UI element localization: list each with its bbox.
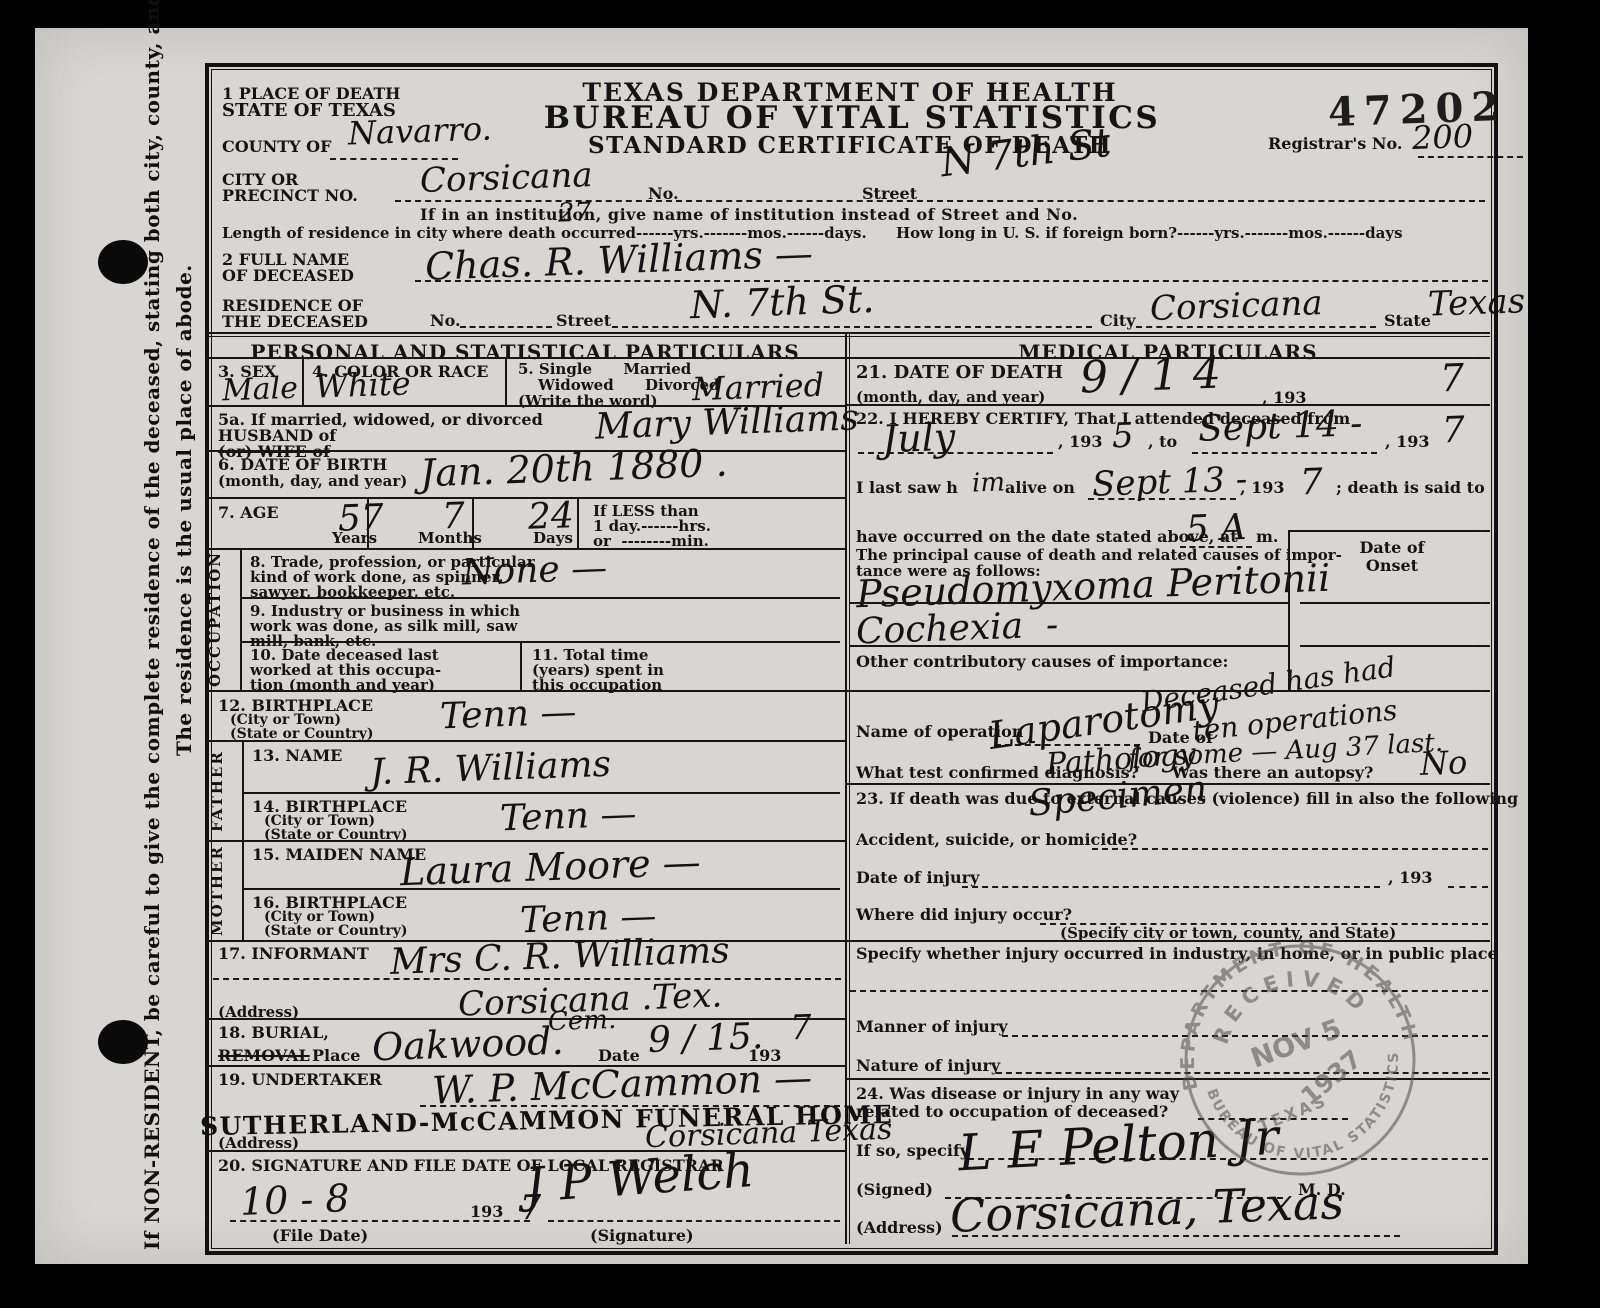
injury-date-label: Date of injury: [856, 868, 979, 887]
q24-label-1: 24. Was disease or injury in any way: [856, 1084, 1179, 1103]
divider: [850, 602, 1288, 604]
divider: [242, 888, 840, 890]
divider: [850, 645, 1288, 647]
divider: [415, 280, 1488, 282]
divider: [205, 497, 845, 499]
sex-value: Male: [221, 371, 298, 409]
autopsy-value: No: [1419, 743, 1468, 783]
divider: [858, 452, 1053, 454]
street-label: Street: [862, 184, 917, 203]
divider: [1300, 602, 1490, 604]
onset-label-1: Date of: [1360, 538, 1425, 557]
divider: [302, 357, 304, 405]
q19-label: 19. UNDERTAKER: [218, 1070, 382, 1089]
no-label: No.: [648, 184, 679, 203]
divider: [845, 404, 1490, 406]
county-label: COUNTY OF: [222, 137, 331, 156]
injury-date-year-printed: , 193: [1388, 868, 1433, 887]
to-year-printed: , 193: [1385, 432, 1430, 451]
divider: [205, 357, 845, 359]
residence-length-value: 27: [557, 197, 591, 228]
contributory-label: Other contributory causes of importance:: [856, 652, 1228, 671]
divider: [520, 641, 522, 690]
divider: [1288, 530, 1490, 532]
last-saw-value: Sept 13 -: [1091, 459, 1248, 504]
attended-from-value: July: [881, 415, 956, 462]
res-city-label: City: [1100, 311, 1136, 330]
dob-sublabel: (month, day, and year): [218, 472, 407, 490]
q21-year-value: 7: [1439, 356, 1465, 401]
physician-address-label: (Address): [856, 1218, 943, 1237]
divider: [205, 840, 845, 842]
q8-value: None —: [461, 547, 607, 593]
last-saw-label-1: I last saw h: [856, 478, 958, 497]
signature-caption: (Signature): [590, 1226, 694, 1245]
file-date-caption: (File Date): [272, 1226, 368, 1245]
divider: [205, 332, 1490, 334]
svg-text:DEPARTMENT OF HEALTH: DEPARTMENT OF HEALTH: [1160, 920, 1422, 1093]
attended-to-value: Sept 14 -: [1197, 403, 1363, 450]
from-year-printed: , 193: [1058, 432, 1103, 451]
margin-note-line2: The residence is the usual place of abod…: [172, 110, 200, 910]
q13-value: J. R. Williams: [369, 744, 611, 793]
days-label: Days: [533, 529, 573, 547]
res-city-value: Corsicana: [1149, 283, 1323, 329]
hour-value: 5 A: [1185, 507, 1247, 550]
divider: [242, 792, 840, 794]
divider: [242, 597, 840, 599]
institution-note: If in an institution, give name of insti…: [420, 205, 1078, 224]
residence-label2: THE DECEASED: [222, 312, 368, 331]
county-value: Navarro.: [347, 110, 492, 153]
occurred-label: have occurred on the date stated above, …: [856, 527, 1238, 546]
res-state-value: Texas: [1427, 281, 1525, 324]
q18-place-label: Place: [312, 1046, 360, 1065]
registrar-no-label: Registrar's No.: [1268, 134, 1402, 153]
res-street-value: N. 7th St.: [689, 277, 875, 327]
occurred-m-label: m.: [1256, 527, 1279, 546]
divider: [577, 497, 579, 548]
where-injury-label: Where did injury occur?: [856, 905, 1072, 924]
q18-year-value: 7: [789, 1008, 812, 1049]
divider: [242, 641, 840, 643]
divider: [962, 886, 1380, 888]
stamp-arc-top: DEPARTMENT OF HEALTH: [1160, 920, 1422, 1093]
divider: [205, 690, 845, 692]
received-stamp: DEPARTMENT OF HEALTH RECEIVED BUREAU OF …: [1160, 920, 1440, 1200]
divider: [505, 357, 507, 405]
full-name-label2: OF DECEASED: [222, 266, 354, 285]
divider: [548, 1220, 840, 1222]
death-certificate-scan: If NON-RESIDENT, be careful to give the …: [0, 0, 1600, 1308]
stamp-texas: TEXAS: [1256, 1091, 1331, 1136]
res-street-label: Street: [556, 311, 611, 330]
him-value: im: [971, 467, 1005, 498]
file-date-value: 10 - 8: [239, 1176, 350, 1224]
mother-side-label: MOTHER: [208, 846, 238, 936]
city-value: Corsicana: [419, 155, 593, 201]
registrar-no-value: 200: [1411, 117, 1473, 157]
to-printed: , to: [1148, 432, 1177, 451]
nature-injury-label: Nature of injury: [856, 1056, 1000, 1075]
q12-value: Tenn —: [439, 692, 577, 738]
q13-label: 13. NAME: [252, 746, 342, 765]
divider: [1192, 452, 1377, 454]
years-label: Years: [332, 529, 377, 547]
manner-injury-label: Manner of injury: [856, 1017, 1008, 1036]
divider: [1448, 886, 1488, 888]
race-value: White: [314, 364, 411, 405]
divider: [460, 326, 552, 328]
q20-year-printed: 193: [470, 1202, 503, 1221]
divider: [205, 740, 845, 742]
onset-label-2: Onset: [1366, 556, 1418, 575]
from-year-value: 5: [1111, 416, 1134, 457]
divider: [472, 497, 474, 548]
q14-value: Tenn —: [499, 794, 637, 840]
occupation-side-label: OCCUPATION: [206, 553, 236, 687]
q18-label: 18. BURIAL,: [218, 1023, 329, 1042]
age-label: 7. AGE: [218, 503, 279, 522]
q17-label: 17. INFORMANT: [218, 944, 369, 963]
res-no-label: No.: [430, 311, 461, 330]
q18-cem-value: Cem.: [547, 1005, 616, 1037]
precinct-no-label: PRECINCT NO.: [222, 186, 358, 205]
last-saw-label-2: alive on: [1005, 478, 1075, 497]
q18-date-value: 9 / 15.: [647, 1016, 764, 1061]
last-saw-year-printed: , 193: [1240, 478, 1285, 497]
divider: [205, 336, 1490, 337]
divider: [230, 1220, 530, 1222]
margin-note-line1: If NON-RESIDENT, be careful to give the …: [140, 72, 170, 1250]
res-state-label: State: [1384, 311, 1431, 330]
divider: [367, 497, 369, 548]
last-saw-label-3: ; death is said to: [1336, 478, 1485, 497]
to-year-value: 7: [1441, 410, 1465, 452]
divider: [612, 326, 1092, 328]
if-so-label: If so, specify: [856, 1141, 969, 1160]
father-side-label: FATHER: [208, 745, 238, 837]
q21-value: 9 / 1 4: [1079, 348, 1221, 404]
last-saw-year-value: 7: [1299, 462, 1323, 504]
divider: [213, 978, 841, 980]
q16-sublabel-2: (State or Country): [264, 923, 408, 940]
signed-label: (Signed): [856, 1180, 933, 1199]
q18-removal-label: REMOVAL: [218, 1046, 310, 1065]
divider: [240, 548, 242, 690]
divider: [1300, 645, 1490, 647]
foreign-born-label: How long in U. S. if foreign born?------…: [896, 224, 1403, 242]
accident-label: Accident, suicide, or homicide?: [856, 830, 1137, 849]
q21-label: 21. DATE OF DEATH: [856, 362, 1063, 384]
divider: [1092, 848, 1488, 850]
q18-place-value: Oakwood.: [371, 1019, 564, 1070]
